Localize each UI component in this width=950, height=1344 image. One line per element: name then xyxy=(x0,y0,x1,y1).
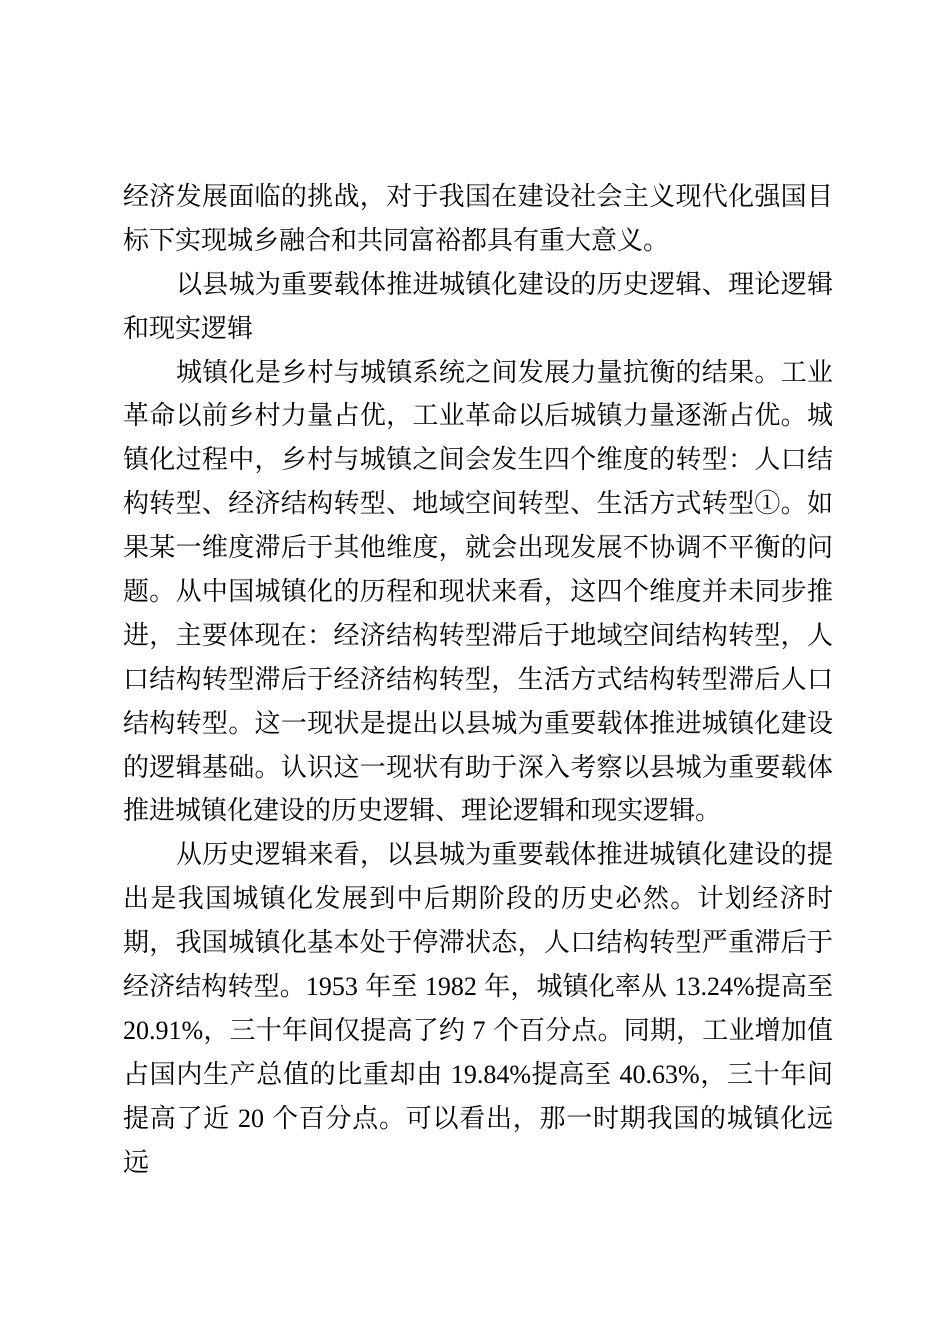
paragraph-four-dimensions-of-urbanization: 城镇化是乡村与城镇系统之间发展力量抗衡的结果。工业革命以前乡村力量占优，工业革命… xyxy=(123,351,833,834)
text-line: 20.91%，三十年间仅提高了约 7 个百分点。同期，工业增加值 xyxy=(123,1009,833,1053)
text-line: 革命以前乡村力量占优，工业革命以后城镇力量逐渐占优。城 xyxy=(123,394,833,438)
numeric-text: 1982 xyxy=(425,972,477,1001)
text-line: 提高了近 20 个百分点。可以看出，那一时期我国的城镇化远远 xyxy=(123,1097,833,1141)
text-line: 果某一维度滞后于其他维度，就会出现发展不协调不平衡的问 xyxy=(123,526,833,570)
text-line: 结构转型。这一现状是提出以县城为重要载体推进城镇化建设 xyxy=(123,702,833,746)
text-line: 出是我国城镇化发展到中后期阶段的历史必然。计划经济时 xyxy=(123,877,833,921)
paragraph-significance-continuation: 经济发展面临的挑战，对于我国在建设社会主义现代化强国目标下实现城乡融合和共同富裕… xyxy=(123,175,833,263)
paragraph-section-heading-three-logics: 以县城为重要载体推进城镇化建设的历史逻辑、理论逻辑和现实逻辑 xyxy=(123,263,833,351)
text-line: 口结构转型滞后于经济结构转型，生活方式结构转型滞后人口 xyxy=(123,658,833,702)
text-line: 标下实现城乡融合和共同富裕都具有重大意义。 xyxy=(123,219,833,263)
paragraph-historical-logic: 从历史逻辑来看，以县城为重要载体推进城镇化建设的提出是我国城镇化发展到中后期阶段… xyxy=(123,833,833,1140)
text-line: 从历史逻辑来看，以县城为重要载体推进城镇化建设的提 xyxy=(123,833,833,877)
numeric-text: 13.24% xyxy=(674,972,754,1001)
text-line: 和现实逻辑 xyxy=(123,307,833,351)
text-line: 推进城镇化建设的历史逻辑、理论逻辑和现实逻辑。 xyxy=(123,789,833,833)
text-line: 构转型、经济结构转型、地域空间转型、生活方式转型①。如 xyxy=(123,482,833,526)
numeric-text: 20 xyxy=(238,1104,264,1133)
numeric-text: 40.63% xyxy=(620,1060,700,1089)
text-line: 以县城为重要载体推进城镇化建设的历史逻辑、理论逻辑 xyxy=(123,263,833,307)
numeric-text: 19.84% xyxy=(451,1060,531,1089)
text-line: 进，主要体现在：经济结构转型滞后于地域空间结构转型，人 xyxy=(123,614,833,658)
text-line: 期，我国城镇化基本处于停滞状态，人口结构转型严重滞后于 xyxy=(123,921,833,965)
text-block: 经济发展面临的挑战，对于我国在建设社会主义现代化强国目标下实现城乡融合和共同富裕… xyxy=(123,175,833,1141)
text-line: 占国内生产总值的比重却由 19.84%提高至 40.63%，三十年间 xyxy=(123,1053,833,1097)
text-line: 镇化过程中，乡村与城镇之间会发生四个维度的转型：人口结 xyxy=(123,438,833,482)
text-line: 经济结构转型。1953 年至 1982 年，城镇化率从 13.24%提高至 xyxy=(123,965,833,1009)
document-page: 经济发展面临的挑战，对于我国在建设社会主义现代化强国目标下实现城乡融合和共同富裕… xyxy=(0,0,950,1344)
numeric-text: 1953 xyxy=(306,972,358,1001)
text-line: 城镇化是乡村与城镇系统之间发展力量抗衡的结果。工业 xyxy=(123,351,833,395)
text-line: 经济发展面临的挑战，对于我国在建设社会主义现代化强国目 xyxy=(123,175,833,219)
page-background: { "page": { "background_color": "#ffffff… xyxy=(0,0,950,1344)
numeric-text: 20.91% xyxy=(123,1016,203,1045)
numeric-text: 7 xyxy=(473,1016,486,1045)
text-line: 题。从中国城镇化的历程和现状来看，这四个维度并未同步推 xyxy=(123,570,833,614)
text-line: 的逻辑基础。认识这一现状有助于深入考察以县城为重要载体 xyxy=(123,746,833,790)
